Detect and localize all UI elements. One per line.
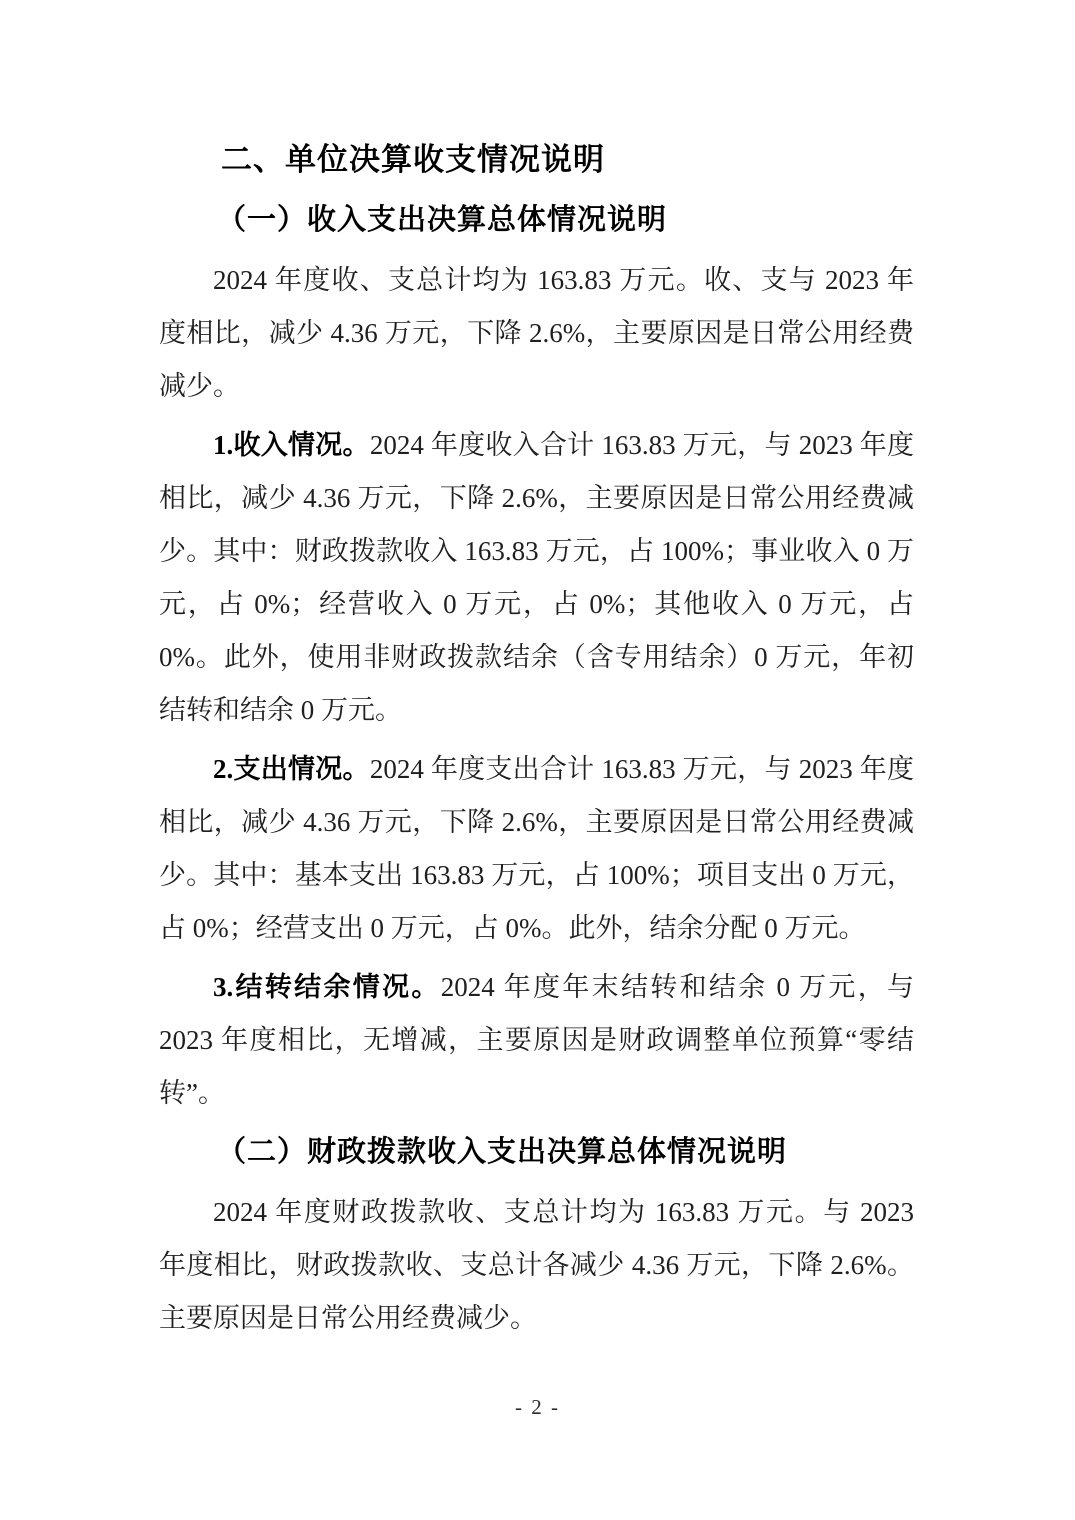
document-page: 二、单位决算收支情况说明（一）收入支出决算总体情况说明2024 年度收、支总计均… — [0, 0, 1075, 1520]
paragraph-lead: 1.收入情况。 — [213, 430, 370, 460]
paragraph-lead: 3.结转结余情况。 — [213, 972, 441, 1002]
document-body: 二、单位决算收支情况说明（一）收入支出决算总体情况说明2024 年度收、支总计均… — [159, 132, 914, 1345]
paragraph: 2.支出情况。2024 年度支出合计 163.83 万元，与 2023 年度相比… — [159, 743, 914, 955]
paragraph-text: 2024 年度收入合计 163.83 万元，与 2023 年度相比，减少 4.3… — [159, 430, 914, 725]
paragraph: 2024 年度财政拨款收、支总计均为 163.83 万元。与 2023 年度相比… — [159, 1186, 914, 1345]
section-heading-sub: （一）收入支出决算总体情况说明 — [159, 192, 914, 248]
section-heading-sub: （二）财政拨款收入支出决算总体情况说明 — [159, 1124, 914, 1180]
paragraph: 3.结转结余情况。2024 年度年末结转和结余 0 万元，与 2023 年度相比… — [159, 961, 914, 1120]
paragraph: 2024 年度收、支总计均为 163.83 万元。收、支与 2023 年度相比，… — [159, 254, 914, 413]
section-heading-major: 二、单位决算收支情况说明 — [159, 132, 914, 188]
paragraph-lead: 2.支出情况。 — [213, 754, 370, 784]
paragraph: 1.收入情况。2024 年度收入合计 163.83 万元，与 2023 年度相比… — [159, 419, 914, 737]
page-number: - 2 - — [0, 1392, 1075, 1422]
